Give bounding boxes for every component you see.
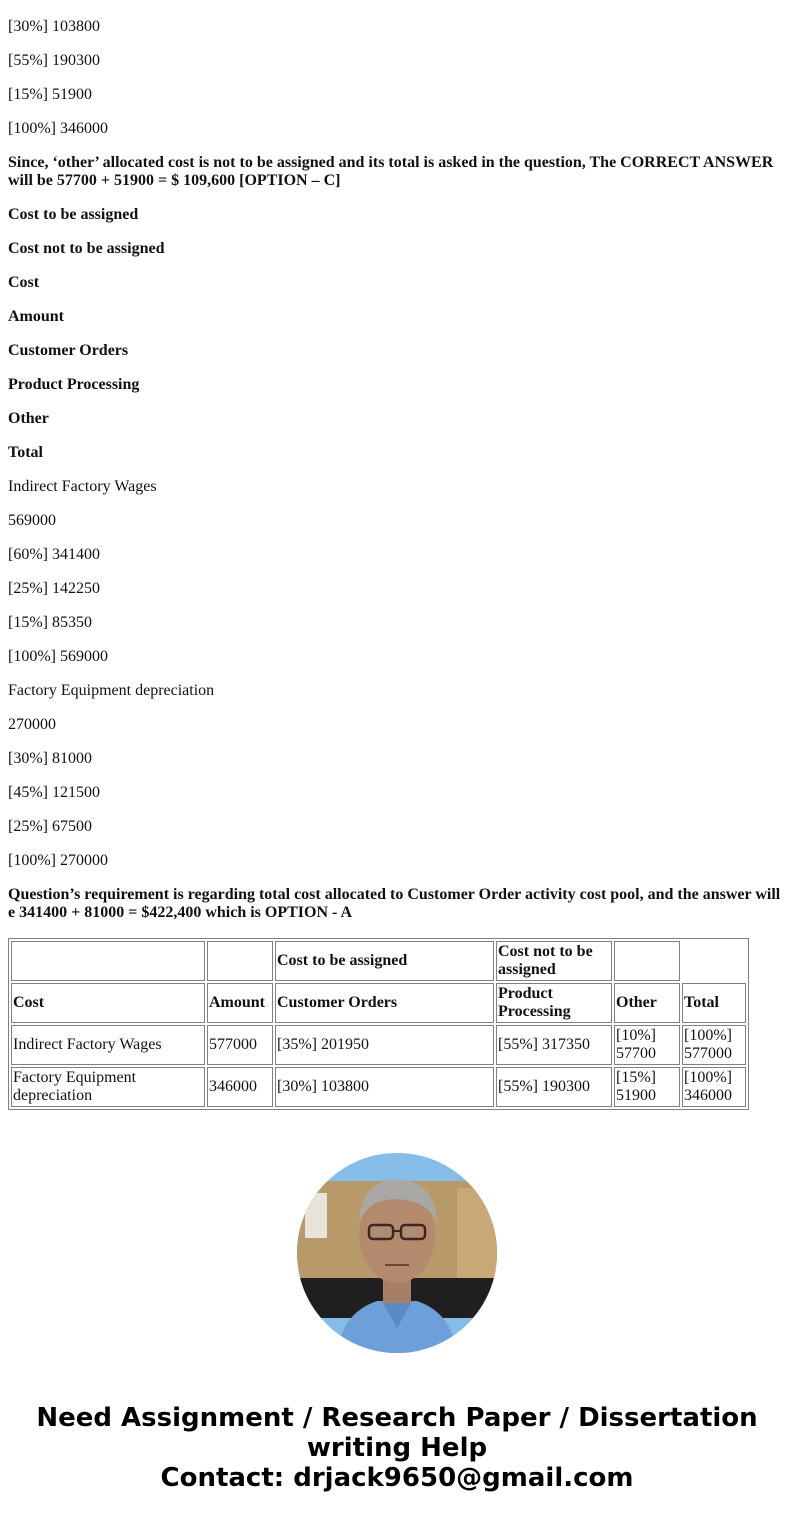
table-cell: [10%] 57700	[614, 1025, 680, 1065]
bold-text-line: Other	[8, 410, 786, 428]
table-cell: Factory Equipment depreciation	[11, 1067, 205, 1107]
text-line: [30%] 103800	[8, 18, 786, 36]
text-line: 569000	[8, 512, 786, 530]
text-line: [100%] 270000	[8, 852, 786, 870]
bold-text-line: Since, ‘other’ allocated cost is not to …	[8, 154, 786, 190]
bold-text-line: Cost not to be assigned	[8, 240, 786, 258]
column-header: Cost	[11, 983, 205, 1023]
text-line: 270000	[8, 716, 786, 734]
text-lines: 346000[30%] 103800[55%] 190300[15%] 5190…	[8, 0, 786, 922]
group-header-not-assigned: Cost not to be assigned	[496, 941, 612, 981]
person-photo-icon	[297, 1153, 497, 1353]
document-body: 346000[30%] 103800[55%] 190300[15%] 5190…	[8, 0, 786, 1110]
text-line: Factory Equipment depreciation	[8, 682, 786, 700]
table-cell: [55%] 317350	[496, 1025, 612, 1065]
bold-text-line: Amount	[8, 308, 786, 326]
text-line: [55%] 190300	[8, 52, 786, 70]
footer-contact-email: Contact: drjack9650@gmail.com	[0, 1463, 794, 1493]
column-header: Total	[682, 983, 746, 1023]
table-cell-empty	[614, 941, 680, 981]
text-line: 346000	[8, 0, 786, 2]
group-header-assigned: Cost to be assigned	[275, 941, 494, 981]
table-cell-empty	[682, 941, 746, 981]
text-line: Indirect Factory Wages	[8, 478, 786, 496]
table-row: Indirect Factory Wages 577000 [35%] 2019…	[11, 1025, 746, 1065]
column-header: Customer Orders	[275, 983, 494, 1023]
text-line: [100%] 569000	[8, 648, 786, 666]
text-line: [30%] 81000	[8, 750, 786, 768]
table-cell-empty	[207, 941, 273, 981]
footer-contact: Need Assignment / Research Paper / Disse…	[0, 1403, 794, 1493]
bold-text-line: Total	[8, 444, 786, 462]
text-line: [100%] 346000	[8, 120, 786, 138]
table-cell-empty	[11, 941, 205, 981]
table-cell: [100%] 346000	[682, 1067, 746, 1107]
text-line: [45%] 121500	[8, 784, 786, 802]
table-cell: [15%] 51900	[614, 1067, 680, 1107]
table-cell: [35%] 201950	[275, 1025, 494, 1065]
column-header: Other	[614, 983, 680, 1023]
text-line: [15%] 85350	[8, 614, 786, 632]
bold-text-line: Cost to be assigned	[8, 206, 786, 224]
table-cell: 577000	[207, 1025, 273, 1065]
table-cell: Indirect Factory Wages	[11, 1025, 205, 1065]
text-line: [60%] 341400	[8, 546, 786, 564]
bold-text-line: Question’s requirement is regarding tota…	[8, 886, 786, 922]
bold-text-line: Customer Orders	[8, 342, 786, 360]
cost-allocation-table: Cost to be assigned Cost not to be assig…	[8, 938, 749, 1110]
column-header: Product Processing	[496, 983, 612, 1023]
table-cell: [30%] 103800	[275, 1067, 494, 1107]
table-header-row: Cost Amount Customer Orders Product Proc…	[11, 983, 746, 1023]
table-cell: [55%] 190300	[496, 1067, 612, 1107]
footer-promo-text: Need Assignment / Research Paper / Disse…	[0, 1403, 794, 1463]
column-header: Amount	[207, 983, 273, 1023]
bold-text-line: Product Processing	[8, 376, 786, 394]
bold-text-line: Cost	[8, 274, 786, 292]
author-avatar	[297, 1153, 497, 1353]
text-line: [25%] 142250	[8, 580, 786, 598]
table-cell: [100%] 577000	[682, 1025, 746, 1065]
text-line: [25%] 67500	[8, 818, 786, 836]
table-cell: 346000	[207, 1067, 273, 1107]
table-row: Factory Equipment depreciation 346000 [3…	[11, 1067, 746, 1107]
text-line: [15%] 51900	[8, 86, 786, 104]
table-group-header-row: Cost to be assigned Cost not to be assig…	[11, 941, 746, 981]
